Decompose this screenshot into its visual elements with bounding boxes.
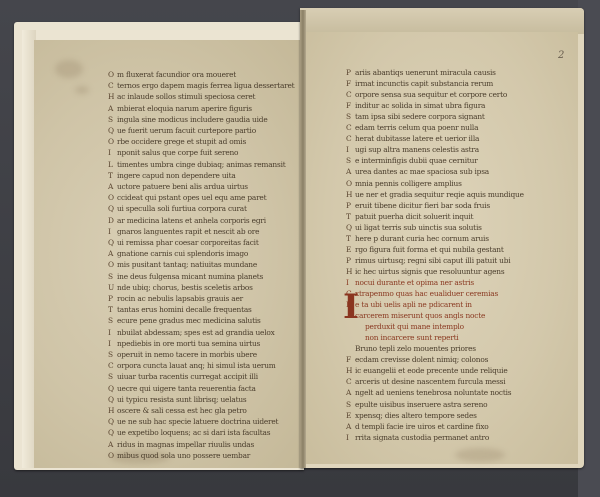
- manuscript-line: uecre qui uigere tanta reuerentia facta: [117, 384, 256, 393]
- folio-number: 2: [558, 50, 564, 61]
- manuscript-line: ingere capud non dependere uita: [117, 171, 236, 180]
- margin-initial: O: [346, 179, 352, 188]
- manuscript-line: edam terris celum qua poenr nulla: [355, 123, 478, 132]
- margin-initial: Q: [108, 204, 114, 213]
- manuscript-line: urea dantes ac mae spaciosa sub ipsa: [355, 167, 489, 176]
- manuscript-line: ccideat qui pstant opes uel equ ame pare…: [117, 193, 266, 202]
- manuscript-line: patuit puerha dicit soluerit inquit: [355, 212, 473, 221]
- manuscript-line: orpora cuncta lauat anq; hi simul ista u…: [117, 361, 276, 370]
- margin-initial: Q: [108, 417, 114, 426]
- margin-initial: I: [346, 278, 349, 287]
- margin-initial: Q: [108, 384, 114, 393]
- manuscript-line: e ta ubi uelis apli ne pdicarent in: [355, 300, 472, 309]
- margin-initial: T: [346, 212, 351, 221]
- margin-initial: Q: [346, 223, 352, 232]
- margin-initial: A: [108, 249, 113, 258]
- margin-initial: F: [346, 101, 351, 110]
- margin-initial: S: [108, 372, 113, 381]
- margin-initial: C: [346, 377, 352, 386]
- manuscript-line: rbe occidere grege et stupit ad omis: [117, 137, 246, 146]
- margin-initial: A: [108, 104, 113, 113]
- manuscript-line: here p durant curia hec cornum aruis: [355, 234, 489, 243]
- margin-initial: P: [346, 201, 351, 210]
- manuscript-line: ngelt ad ueniens tenebrosa noluntate noc…: [355, 388, 511, 397]
- manuscript-line: m fluxerat facundior ora moueret: [117, 70, 236, 79]
- manuscript-line: uctore patuere beni alis ardua uirtus: [117, 182, 248, 191]
- margin-initial: A: [346, 388, 351, 397]
- margin-initial: I: [108, 328, 111, 337]
- manuscript-line: ingula sine modicus includere gaudia uid…: [117, 115, 268, 124]
- margin-initial: H: [108, 92, 114, 101]
- manuscript-line: ui speculla soli furtiua corpora curat: [117, 204, 247, 213]
- margin-initial: T: [346, 234, 351, 243]
- margin-initial: A: [346, 422, 351, 431]
- margin-initial: S: [108, 115, 113, 124]
- margin-initial: Q: [108, 395, 114, 404]
- margin-initial: I: [346, 433, 349, 442]
- manuscript-line: oscere & sali cessa est hec gla petro: [117, 406, 247, 415]
- manuscript-line: eruit tibene dicitur fieri bar soda frui…: [355, 201, 490, 210]
- manuscript-line: epulte uisibus inseruere astra sereno: [355, 400, 487, 409]
- manuscript-line: ar medicina latens et anhela corporis eg…: [117, 216, 266, 225]
- manuscript-line: ecure pene gradus mec medicina salutis: [117, 316, 261, 325]
- manuscript-line: nponit salus que corpe fuit sereno: [117, 148, 238, 157]
- margin-initial: I: [108, 148, 111, 157]
- manuscript-line: rrita signata custodia permanet antro: [355, 433, 489, 442]
- margin-initial: S: [346, 156, 351, 165]
- margin-initial: O: [108, 137, 114, 146]
- manuscript-line: gnatione carnis cui splendoris imago: [117, 249, 248, 258]
- manuscript-line: carcerem miserunt quos angls nocte: [355, 311, 485, 320]
- margin-initial: D: [108, 216, 114, 225]
- margin-initial: E: [346, 245, 351, 254]
- manuscript-line: ac inlaude sollos stimuli speciosa ceret: [117, 92, 255, 101]
- manuscript-line: rgo figura fuit forma et qui nubila gest…: [355, 245, 504, 254]
- margin-initial: S: [108, 350, 113, 359]
- stain: [455, 448, 505, 462]
- margin-initial: E: [346, 411, 351, 420]
- manuscript-line: ui ligat terris sub uinctis sua solutis: [355, 223, 482, 232]
- manuscript-line: mbierat eloquia narum aperire figuris: [117, 104, 252, 113]
- manuscript-line: nde ubiq; chorus, bestis sceletis arbos: [117, 283, 253, 292]
- margin-initial: T: [108, 171, 113, 180]
- manuscript-line: herat dubitasse latere et uerior illa: [355, 134, 479, 143]
- margin-initial: O: [108, 451, 114, 460]
- margin-initial: A: [108, 440, 113, 449]
- manuscript-line: d templi facie ire uiros et cardine fixo: [355, 422, 489, 431]
- margin-initial: C: [346, 134, 352, 143]
- manuscript-line: uiuar turba racentis curregat accipit il…: [117, 372, 258, 381]
- margin-initial: F: [346, 355, 351, 364]
- margin-initial: P: [108, 294, 113, 303]
- manuscript-line: ic euangelii et eode precente unde reliq…: [355, 366, 508, 375]
- manuscript-line: orpore sensa sua sequitur et corpore cer…: [355, 90, 507, 99]
- margin-initial: I: [108, 227, 111, 236]
- manuscript-line: ui typicu resista sunt librisq; uelatus: [117, 395, 247, 404]
- manuscript-line: ternos ergo dapem magis ferrea ligua des…: [117, 81, 294, 90]
- manuscript-line: mnia pennis colligere amplius: [355, 179, 462, 188]
- margin-initial: S: [346, 112, 351, 121]
- margin-initial: O: [108, 193, 114, 202]
- rubricated-initial: I: [343, 290, 359, 324]
- margin-initial: A: [108, 182, 113, 191]
- manuscript-line: ue expetibo loquens; ac si dari ista fac…: [117, 428, 270, 437]
- margin-initial: Q: [108, 126, 114, 135]
- manuscript-line: ic hec uirtus signis que resoluuntur age…: [355, 267, 504, 276]
- margin-initial: A: [346, 167, 351, 176]
- manuscript-line: rocin ac nebulis lapsabis grauis aer: [117, 294, 243, 303]
- margin-initial: H: [346, 366, 352, 375]
- manuscript-line: ecdam crevisse dolent nimiq; colonos: [355, 355, 488, 364]
- margin-initial: S: [346, 400, 351, 409]
- manuscript-line: ui remissa phar coesar corporeitas facit: [117, 238, 259, 247]
- manuscript-line: ue fuerit uerum facuit curtepore partio: [117, 126, 256, 135]
- margin-initial: L: [108, 160, 113, 169]
- manuscript-line: nbuilat abdessam; spes est ad grandia ue…: [117, 328, 275, 337]
- margin-initial: T: [108, 305, 113, 314]
- margin-initial: Q: [108, 238, 114, 247]
- margin-initial: H: [346, 267, 352, 276]
- manuscript-line: ugi sup altra manens celestis astra: [355, 145, 479, 154]
- margin-initial: F: [346, 79, 351, 88]
- margin-initial: H: [108, 406, 114, 415]
- manuscript-line: rimus uirtusq; regni sibi caput illi pat…: [355, 256, 510, 265]
- margin-initial: I: [346, 145, 349, 154]
- stain: [75, 86, 89, 94]
- manuscript-line: mis pusitant tantaq; natiuitas mundane: [117, 260, 257, 269]
- manuscript-line: Bruno tepli zelo mouentes priores: [355, 344, 476, 353]
- manuscript-line: operuit in nemo tacere in morbis ubere: [117, 350, 257, 359]
- manuscript-line: timentes umbra cinge dubiaq; animas rema…: [117, 160, 286, 169]
- manuscript-line: non incarcere sunt reperti: [365, 333, 459, 342]
- manuscript-line: xtrapenmo quas hac eualiduer ceremias: [355, 289, 498, 298]
- manuscript-line: nocui durante et opima ner astris: [355, 278, 474, 287]
- manuscript-line: gnaros languentes rapit et nescit ab ore: [117, 227, 259, 236]
- manuscript-line: perduxit qui mane intemplo: [365, 322, 464, 331]
- margin-initial: C: [346, 123, 352, 132]
- manuscript-line: ine deus fulgensa micant numina planets: [117, 272, 263, 281]
- margin-initial: I: [108, 339, 111, 348]
- margin-initial: C: [108, 81, 114, 90]
- margin-initial: C: [346, 90, 352, 99]
- manuscript-line: ue ner et gradia sequitur reqie aquis mu…: [355, 190, 524, 199]
- margin-initial: P: [346, 256, 351, 265]
- margin-initial: U: [108, 283, 114, 292]
- manuscript-line: e interminfigis dubii quae cernitur: [355, 156, 478, 165]
- margin-initial: Q: [108, 428, 114, 437]
- manuscript-line: tantas erus homini decalle frequentas: [117, 305, 252, 314]
- margin-initial: C: [108, 361, 114, 370]
- right-page-top-edge: [300, 8, 584, 34]
- book-gutter: [300, 10, 306, 468]
- manuscript-line: irmat incunctis capit substancia rerum: [355, 79, 493, 88]
- manuscript-line: arceris ut desine nascentem furcula mess…: [355, 377, 505, 386]
- margin-initial: O: [108, 70, 114, 79]
- manuscript-line: inditur ac solida in simat ubra figura: [355, 101, 485, 110]
- margin-initial: H: [346, 190, 352, 199]
- margin-initial: P: [346, 68, 351, 77]
- manuscript-line: ridus in magnas impellar riuulis undas: [117, 440, 254, 449]
- manuscript-line: npediebis in ore morti tua semina uirtus: [117, 339, 260, 348]
- margin-initial: S: [108, 316, 113, 325]
- stain: [55, 60, 83, 78]
- manuscript-line: ue ne sub hac specie latuere doctrina ui…: [117, 417, 278, 426]
- manuscript-line: mibus quod sola uno possere uembar: [117, 451, 250, 460]
- margin-initial: O: [108, 260, 114, 269]
- manuscript-line: xpensq; dies altero tempore sedes: [355, 411, 477, 420]
- manuscript-line: tam ipsa sibi sedere corpora signant: [355, 112, 485, 121]
- manuscript-line: ariis abantiqs uenerunt miracula causis: [355, 68, 496, 77]
- margin-initial: S: [108, 272, 113, 281]
